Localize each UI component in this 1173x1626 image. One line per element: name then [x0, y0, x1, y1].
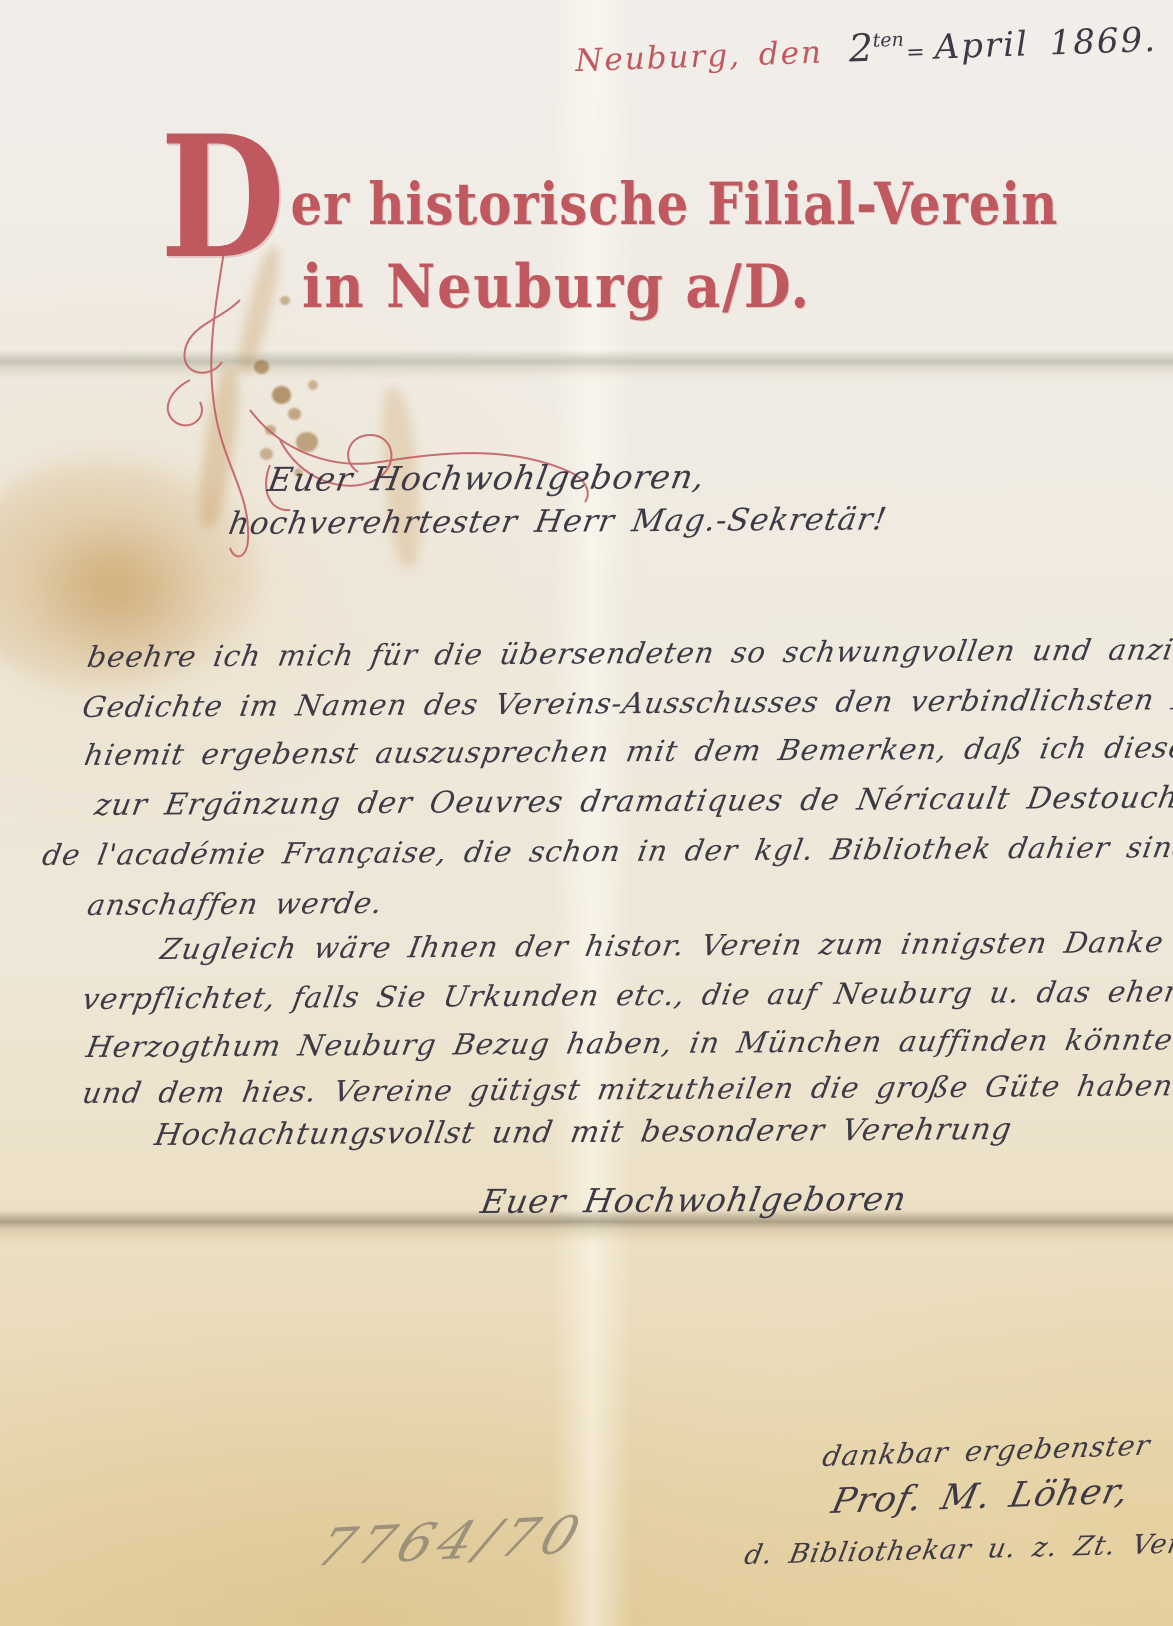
- dateline-place: Neuburg, den: [575, 34, 824, 79]
- stain-spot: [272, 386, 291, 404]
- body-line: verpflichtet, falls Sie Urkunden etc., d…: [80, 974, 1173, 1016]
- stain-spot: [260, 448, 273, 460]
- body-line: Zugleich wäre Ihnen der histor. Verein z…: [158, 925, 1167, 966]
- body-line: anschaffen werde.: [85, 886, 385, 922]
- body-line: beehre ich mich für die übersendeten so …: [85, 632, 1173, 674]
- archive-number: 7764/70: [309, 1505, 593, 1578]
- letterhead: D er historische Filial-Verein in Neubur…: [160, 118, 1173, 322]
- body-line: Herzogthum Neuburg Bezug haben, in Münch…: [84, 1022, 1173, 1064]
- signature-title: d. Bibliothekar u. z. Zt. Ver.-Sekr.: [742, 1526, 1173, 1571]
- stain-spot: [308, 380, 318, 390]
- stain-spot: [254, 360, 269, 374]
- salutation-line-1: Euer Hochwohlgeboren,: [265, 457, 708, 499]
- letterhead-subtitle: in Neuburg a/D.: [302, 252, 1114, 322]
- salutation-line-2: hochverehrtester Herr Mag.-Sekretär!: [226, 501, 890, 542]
- letterhead-title: er historische Filial-Verein: [290, 170, 1058, 238]
- dateline-day-suffix: ten: [872, 29, 904, 52]
- closing-line: Hochachtungsvollst und mit besonderer Ve…: [152, 1112, 1015, 1153]
- fold-crease-upper: [0, 350, 1173, 380]
- signature-name: Prof. M. Löher,: [828, 1472, 1133, 1522]
- letter-page: Neuburg, den2ten=April 1869. D er histor…: [0, 0, 1173, 1626]
- letterhead-initial: D: [160, 118, 285, 278]
- stain-spot: [288, 408, 301, 420]
- body-line: zur Ergänzung der Oeuvres dramatiques de…: [92, 780, 1173, 823]
- signature-line-valediction: dankbar ergebenster: [820, 1429, 1153, 1473]
- dateline-day: 2: [848, 26, 874, 71]
- dateline-abbrev-mark: =: [906, 40, 925, 66]
- dateline-month-year: April 1869.: [934, 20, 1158, 68]
- body-line: hiemit ergebenst auszusprechen mit dem B…: [82, 730, 1173, 772]
- body-line: und dem hies. Vereine gütigst mitzutheil…: [80, 1068, 1173, 1110]
- dateline: Neuburg, den2ten=April 1869.: [574, 16, 1155, 80]
- stain-spot: [265, 425, 276, 435]
- body-line: Gedichte im Namen des Vereins-Ausschusse…: [80, 682, 1173, 724]
- body-line: de l'académie Française, die schon in de…: [40, 829, 1173, 872]
- recipient-repeat: Euer Hochwohlgeboren: [478, 1179, 910, 1221]
- stain-spot: [296, 432, 318, 452]
- stain-streak: [194, 367, 244, 529]
